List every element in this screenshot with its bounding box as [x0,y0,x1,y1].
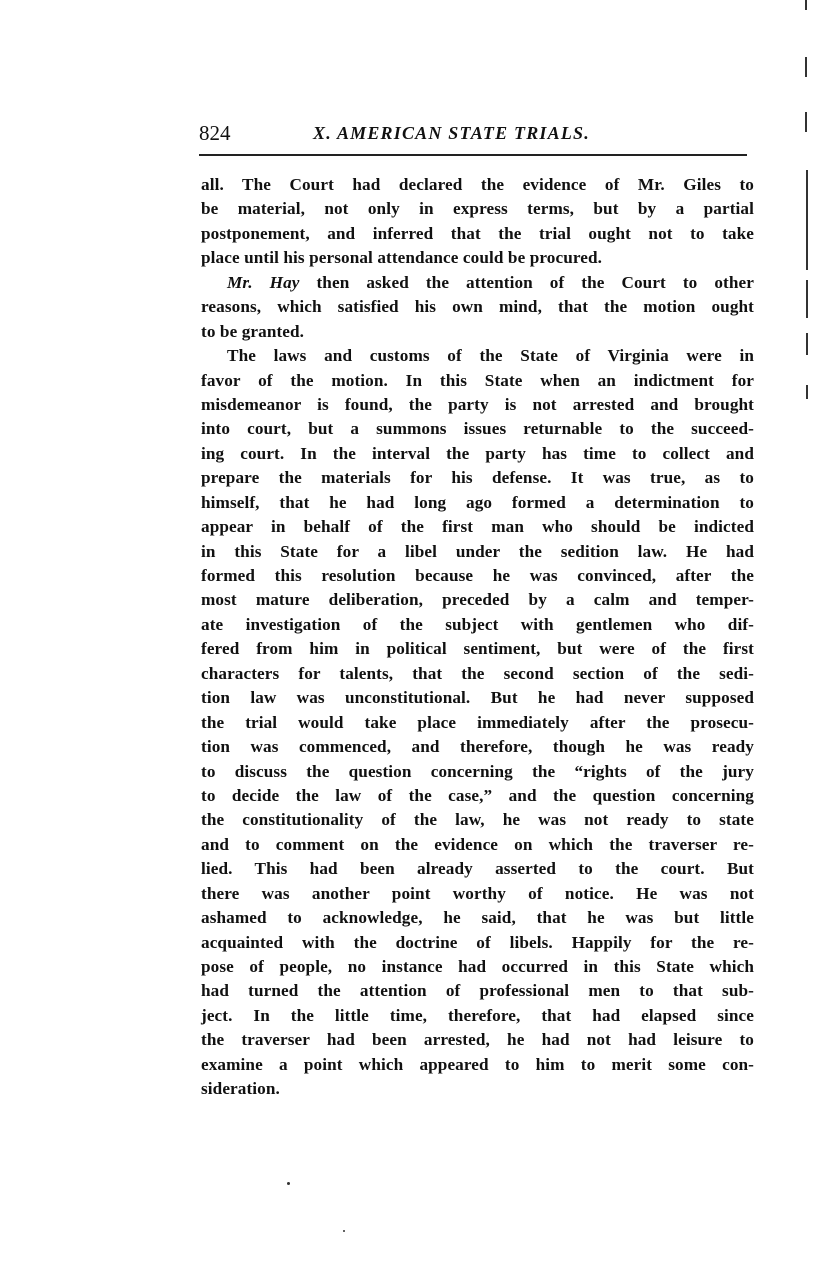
text-line: prepare the materials for his defense. I… [201,466,754,490]
scan-artifact [805,0,807,10]
text-line: fered from him in political sentiment, b… [201,637,754,661]
text-line: to be granted. [201,320,754,344]
page-number: 824 [199,121,231,146]
text-line: all. The Court had declared the evidence… [201,173,754,197]
scan-artifact [806,280,808,318]
text-line: ate investigation of the subject with ge… [201,613,754,637]
book-page: 824 X. AMERICAN STATE TRIALS. all. The C… [0,0,836,1284]
text-line: into court, but a summons issues returna… [201,417,754,441]
speaker-name: Mr. Hay [227,273,300,292]
scan-artifact [806,333,808,355]
scan-artifact [805,57,807,77]
text-fragment: then asked the attention of the Court to… [300,273,755,292]
text-line: postponement, and inferred that the tria… [201,222,754,246]
text-line: characters for talents, that the second … [201,662,754,686]
text-line: himself, that he had long ago formed a d… [201,491,754,515]
text-line: and to comment on the evidence on which … [201,833,754,857]
text-line: the traverser had been arrested, he had … [201,1028,754,1052]
scan-speck [287,1182,290,1185]
text-line: to decide the law of the case,” and the … [201,784,754,808]
running-head: X. AMERICAN STATE TRIALS. [313,123,590,144]
text-line: acquainted with the doctrine of libels. … [201,931,754,955]
text-line: had turned the attention of professional… [201,979,754,1003]
text-line: ashamed to acknowledge, he said, that he… [201,906,754,930]
scan-artifact [806,385,808,399]
text-line-speaker: Mr. Hay then asked the attention of the … [201,271,754,295]
text-line: ject. In the little time, therefore, tha… [201,1004,754,1028]
header-rule [199,154,747,156]
text-line: most mature deliberation, preceded by a … [201,588,754,612]
text-line: tion was commenced, and therefore, thoug… [201,735,754,759]
text-line: appear in behalf of the first man who sh… [201,515,754,539]
text-line: ing court. In the interval the party has… [201,442,754,466]
text-line: formed this resolution because he was co… [201,564,754,588]
text-line: reasons, which satisfied his own mind, t… [201,295,754,319]
text-line: sideration. [201,1077,754,1101]
body-text: all. The Court had declared the evidence… [201,173,754,1102]
text-line: tion law was unconstitutional. But he ha… [201,686,754,710]
text-line: favor of the motion. In this State when … [201,369,754,393]
text-line: the trial would take place immediately a… [201,711,754,735]
scan-speck [343,1230,345,1232]
text-line: place until his personal attendance coul… [201,246,754,270]
page-header: 824 X. AMERICAN STATE TRIALS. [199,121,747,151]
scan-artifact [805,112,807,132]
text-line: The laws and customs of the State of Vir… [201,344,754,368]
text-line: be material, not only in express terms, … [201,197,754,221]
text-line: there was another point worthy of notice… [201,882,754,906]
text-line: misdemeanor is found, the party is not a… [201,393,754,417]
text-line: lied. This had been already asserted to … [201,857,754,881]
text-line: the constitutionality of the law, he was… [201,808,754,832]
text-line: to discuss the question concerning the “… [201,760,754,784]
text-line: examine a point which appeared to him to… [201,1053,754,1077]
text-line: pose of people, no instance had occurred… [201,955,754,979]
text-line: in this State for a libel under the sedi… [201,540,754,564]
scan-artifact [806,170,808,270]
